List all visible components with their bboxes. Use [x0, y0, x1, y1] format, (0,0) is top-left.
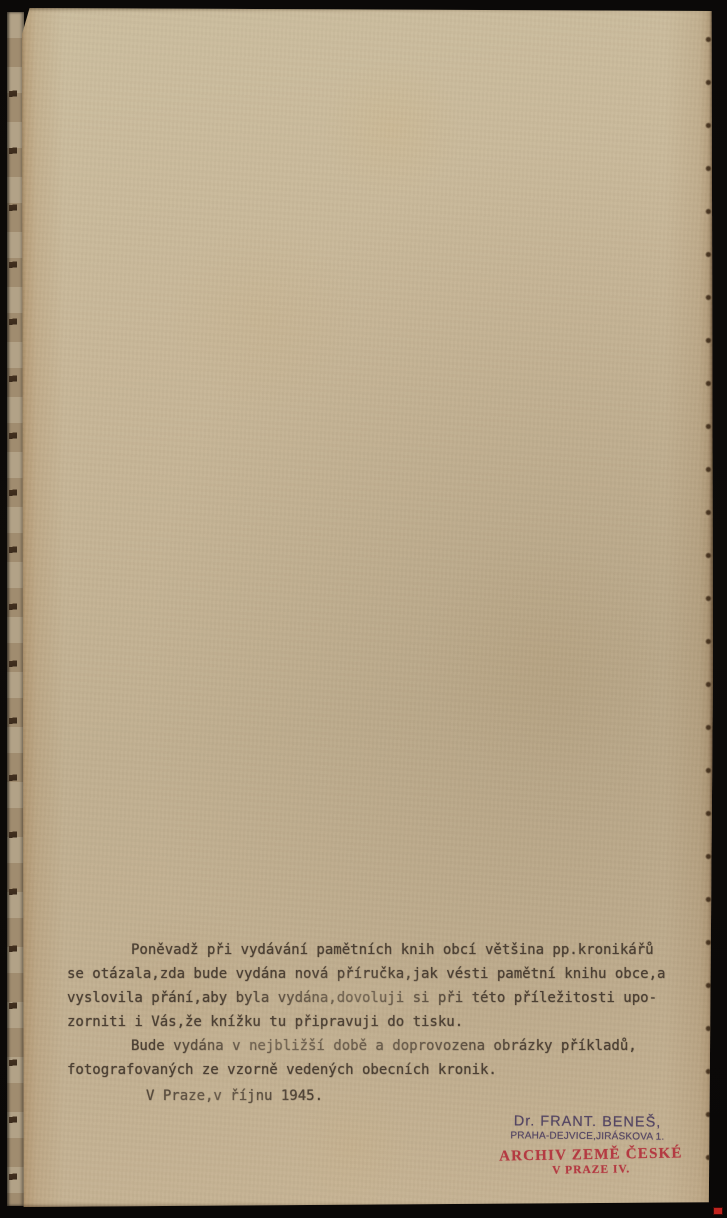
letter-line: fotografovaných ze vzorně vedených obecn…: [67, 1058, 692, 1082]
letter-line: vyslovila přání,aby byla vydána,dovoluji…: [67, 986, 692, 1010]
name-address-stamp: Dr. FRANT. BENEŠ, PRAHA-DEJVICE,JIRÁSKOV…: [480, 1113, 695, 1143]
page-edge-specks: [703, 18, 712, 1178]
letter-line: zorniti i Vás,že knížku tu připravuji do…: [67, 1010, 692, 1034]
binding-stitch-marks: [9, 41, 17, 1192]
scan-artifact-mark: [713, 1207, 723, 1215]
letter-line: se otázala,zda bude vydána nová příručka…: [67, 962, 692, 986]
stamp-address-line: PRAHA-DEJVICE,JIRÁSKOVA 1.: [480, 1130, 695, 1143]
stamp-name-line: Dr. FRANT. BENEŠ,: [480, 1113, 695, 1131]
letter-dateline: V Praze,v říjnu 1945.: [67, 1084, 692, 1108]
archive-stamp: ARCHIV ZEMĚ ČESKÉ V PRAZE IV.: [480, 1145, 702, 1178]
scanned-document-photo: Poněvadž při vydávání pamětních knih obc…: [0, 0, 727, 1218]
letter-line: Poněvadž při vydávání pamětních knih obc…: [67, 938, 692, 962]
document-page: Poněvadž při vydávání pamětních knih obc…: [22, 8, 713, 1207]
letter-line: Bude vydána v nejbližší době a doprovoze…: [67, 1034, 692, 1058]
book-binding-edge: [7, 12, 24, 1206]
letter-body: Poněvadž při vydávání pamětních knih obc…: [67, 938, 692, 1108]
